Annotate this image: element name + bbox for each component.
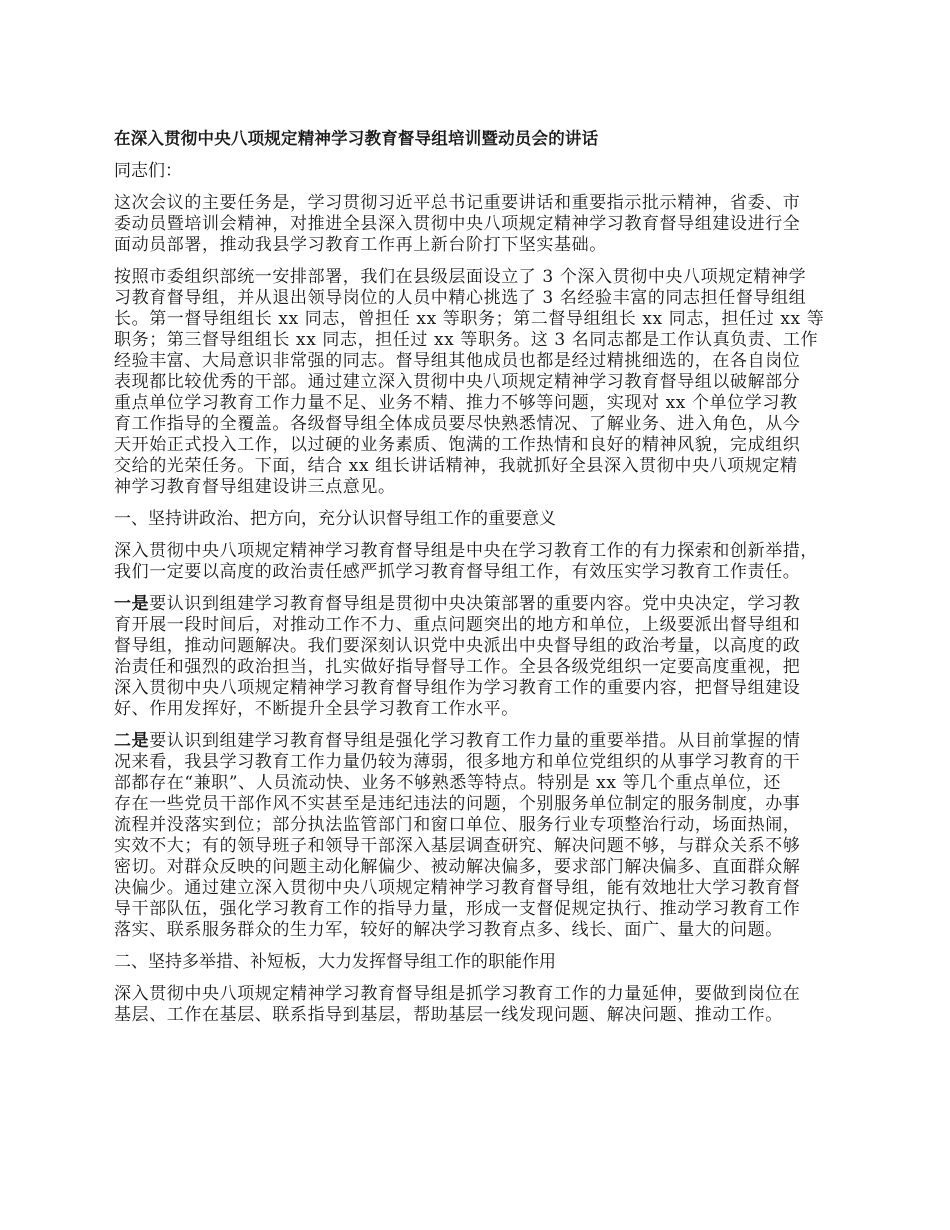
- text-line: 一是要认识到组建学习教育督导组是贯彻中央决策部署的重要内容。党中央决定，学习教: [114, 594, 844, 615]
- text-line: 实效不大；有的领导班子和领导干部深入基层调查研究、解决问题不够，与群众关系不够: [114, 836, 844, 857]
- document-title: 在深入贯彻中央八项规定精神学习教育督导组培训暨动员会的讲话: [114, 128, 844, 149]
- text-line: 表现都比较优秀的干部。通过建立深入贯彻中央八项规定精神学习教育督导组以破解部分: [114, 372, 844, 393]
- text-line: 我们一定要以高度的政治责任感严抓学习教育督导组工作，有效压实学习教育工作责任。: [114, 562, 844, 583]
- point-lead: 一是: [114, 594, 149, 614]
- text-line: 委动员暨培训会精神，对推进全县深入贯彻中央八项规定精神学习教育督导组建设进行全: [114, 214, 844, 235]
- text-line: 流程并没落实到位；部分执法监管部门和窗口单位、服务行业专项整治行动，场面热闹，: [114, 815, 844, 836]
- text-line: 经验丰富、大局意识非常强的同志。督导组其他成员也都是经过精挑细选的，在各自岗位: [114, 351, 844, 372]
- text-line: 习教育督导组，并从退出领导岗位的人员中精心挑选了 3 名经验丰富的同志担任督导组…: [114, 288, 844, 309]
- paragraph-arrangement: 按照市委组织部统一安排部署，我们在县级层面设立了 3 个深入贯彻中央八项规定精神…: [114, 267, 844, 498]
- text-line: 二是要认识到组建学习教育督导组是强化学习教育工作力量的重要举措。从目前掌握的情: [114, 731, 844, 752]
- text-line: 决偏少。通过建立深入贯彻中央八项规定精神学习教育督导组，能有效地壮大学习教育督: [114, 878, 844, 899]
- section2-intro: 深入贯彻中央八项规定精神学习教育督导组是抓学习教育工作的力量延伸，要做到岗位在 …: [114, 984, 844, 1026]
- text-line: 深入贯彻中央八项规定精神学习教育督导组是抓学习教育工作的力量延伸，要做到岗位在: [114, 984, 844, 1005]
- section-heading-1: 一、坚持讲政治、把方向，充分认识督导组工作的重要意义: [114, 509, 844, 530]
- text-line: 深入贯彻中央八项规定精神学习教育督导组作为学习教育工作的重要内容，把督导组建设: [114, 678, 844, 699]
- section-heading-2: 二、坚持多举措、补短板，大力发挥督导组工作的职能作用: [114, 952, 844, 973]
- paragraph-intro: 这次会议的主要任务是，学习贯彻习近平总书记重要讲话和重要指示批示精神，省委、市 …: [114, 193, 844, 256]
- text-line: 长。第一督导组组长 xx 同志，曾担任 xx 等职务；第二督导组组长 xx 同志…: [114, 309, 844, 330]
- text-line: 导干部队伍，强化学习教育工作的指导力量，形成一支督促规定执行、推动学习教育工作: [114, 899, 844, 920]
- salutation: 同志们：: [114, 161, 844, 182]
- section1-intro: 深入贯彻中央八项规定精神学习教育督导组是中央在学习教育工作的有力探索和创新举措，…: [114, 541, 844, 583]
- text-line: 好、作用发挥好，不断提升全县学习教育工作水平。: [114, 699, 844, 720]
- text-line: 神学习教育督导组建设讲三点意见。: [114, 477, 844, 498]
- text-line: 况来看，我县学习教育工作力量仍较为薄弱，很多地方和单位党组织的从事学习教育的干: [114, 752, 844, 773]
- text-line: 天开始正式投入工作，以过硬的业务素质、饱满的工作热情和良好的精神风貌，完成组织: [114, 435, 844, 456]
- point-lead: 二是: [114, 731, 149, 751]
- section1-point-2: 二是要认识到组建学习教育督导组是强化学习教育工作力量的重要举措。从目前掌握的情 …: [114, 731, 844, 941]
- text-line: 交给的光荣任务。下面，结合 xx 组长讲话精神，我就抓好全县深入贯彻中央八项规定…: [114, 456, 844, 477]
- text-line: 育开展一段时间后，对推动工作不力、重点问题突出的地方和单位，上级要派出督导组和: [114, 615, 844, 636]
- text-line: 密切。对群众反映的问题主动化解偏少、被动解决偏多，要求部门解决偏多、直面群众解: [114, 857, 844, 878]
- point-text: 要认识到组建学习教育督导组是强化学习教育工作力量的重要举措。从目前掌握的情: [149, 731, 800, 751]
- text-line: 基层、工作在基层、联系指导到基层，帮助基层一线发现问题、解决问题、推动工作。: [114, 1005, 844, 1026]
- text-line: 落实、联系服务群众的生力军，较好的解决学习教育点多、线长、面广、量大的问题。: [114, 920, 844, 941]
- document-page: 在深入贯彻中央八项规定精神学习教育督导组培训暨动员会的讲话 同志们： 这次会议的…: [114, 128, 844, 1037]
- text-line: 按照市委组织部统一安排部署，我们在县级层面设立了 3 个深入贯彻中央八项规定精神…: [114, 267, 844, 288]
- text-line: 这次会议的主要任务是，学习贯彻习近平总书记重要讲话和重要指示批示精神，省委、市: [114, 193, 844, 214]
- text-line: 存在一些党员干部作风不实甚至是违纪违法的问题，个别服务单位制定的服务制度，办事: [114, 794, 844, 815]
- point-text: 要认识到组建学习教育督导组是贯彻中央决策部署的重要内容。党中央决定，学习教: [149, 594, 800, 614]
- section1-point-1: 一是要认识到组建学习教育督导组是贯彻中央决策部署的重要内容。党中央决定，学习教 …: [114, 594, 844, 720]
- text-line: 深入贯彻中央八项规定精神学习教育督导组是中央在学习教育工作的有力探索和创新举措，: [114, 541, 844, 562]
- text-line: 部都存在“兼职”、人员流动快、业务不够熟悉等特点。特别是 xx 等几个重点单位，…: [114, 773, 844, 794]
- text-line: 育工作指导的全覆盖。各级督导组全体成员要尽快熟悉情况、了解业务、进入角色，从今: [114, 414, 844, 435]
- text-line: 重点单位学习教育工作力量不足、业务不精、推力不够等问题，实现对 xx 个单位学习…: [114, 393, 844, 414]
- text-line: 治责任和强烈的政治担当，扎实做好指导督导工作。全县各级党组织一定要高度重视，把: [114, 657, 844, 678]
- text-line: 职务；第三督导组组长 xx 同志，担任过 xx 等职务。这 3 名同志都是工作认…: [114, 330, 844, 351]
- text-line: 面动员部署，推动我县学习教育工作再上新台阶打下坚实基础。: [114, 235, 844, 256]
- text-line: 督导组，推动问题解决。我们要深刻认识党中央派出中央督导组的政治考量，以高度的政: [114, 636, 844, 657]
